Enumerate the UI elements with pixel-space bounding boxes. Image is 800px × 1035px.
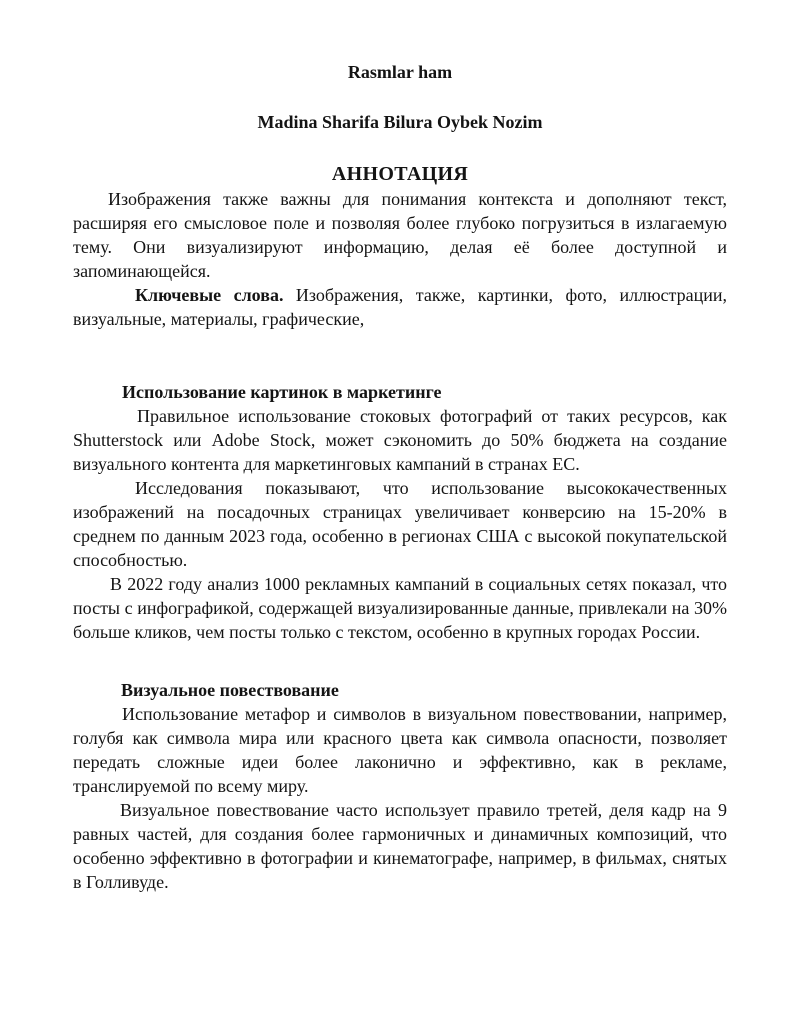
keywords-label: Ключевые слова. xyxy=(135,285,283,305)
marketing-paragraph-2: Исследования показывают, что использован… xyxy=(73,476,727,572)
storytelling-paragraph-2: Визуальное повествование часто используе… xyxy=(73,798,727,894)
marketing-section-heading: Использование картинок в маркетинге xyxy=(73,380,727,404)
marketing-paragraph-3: В 2022 году анализ 1000 рекламных кампан… xyxy=(73,572,727,644)
document-page: Rasmlar ham Madina Sharifa Bilura Oybek … xyxy=(0,0,800,1035)
annotation-paragraph: Изображения также важны для понимания ко… xyxy=(73,187,727,283)
keywords-paragraph: Ключевые слова. Изображения, также, карт… xyxy=(73,283,727,331)
annotation-heading: АННОТАЦИЯ xyxy=(73,161,727,187)
storytelling-section-heading: Визуальное повествование xyxy=(73,678,727,702)
document-title: Rasmlar ham xyxy=(73,60,727,84)
marketing-paragraph-1: Правильное использование стоковых фотогр… xyxy=(73,404,727,476)
storytelling-paragraph-1: Использование метафор и символов в визуа… xyxy=(73,702,727,798)
document-authors: Madina Sharifa Bilura Oybek Nozim xyxy=(73,110,727,134)
